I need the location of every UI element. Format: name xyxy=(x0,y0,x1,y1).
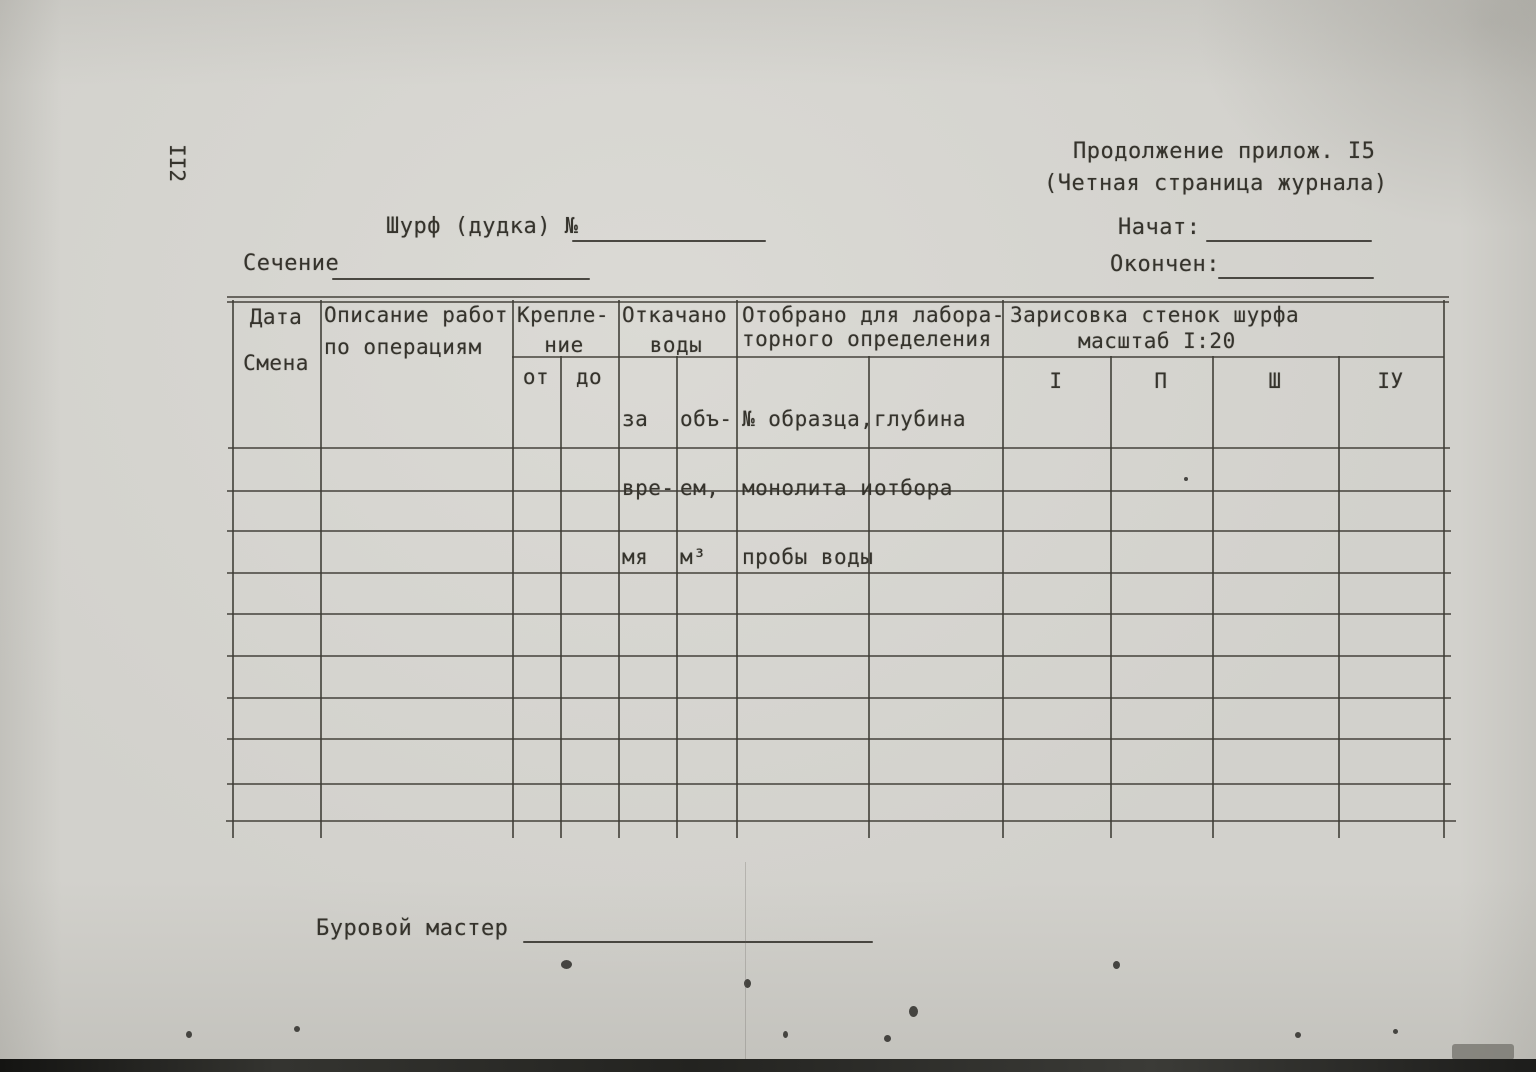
col-lab-depth-line2: отбора xyxy=(874,477,966,500)
table-gridline-col xyxy=(232,300,234,838)
paper-speck xyxy=(186,1031,192,1038)
table-gridline-col xyxy=(320,300,322,838)
col-lab-sample-line3: пробы воды xyxy=(742,546,873,569)
paper-speck xyxy=(884,1035,891,1042)
col-sketch-label-line1: Зарисовка стенок шурфа xyxy=(1010,304,1299,327)
started-label: Начат: xyxy=(1118,216,1200,239)
foreman-blank xyxy=(523,941,873,943)
scan-edge-blob xyxy=(1452,1044,1514,1060)
table-gridline-col xyxy=(618,300,620,838)
page: II2 Продолжение прилож. I5 (Четная стран… xyxy=(0,0,1536,1072)
col-support-to-label: до xyxy=(560,366,618,389)
journal-table: Дата Смена Описание работ по операциям К… xyxy=(230,296,1448,841)
col-support-from-label: от xyxy=(512,366,560,389)
col-shift-label: Смена xyxy=(232,352,320,375)
table-gridline-row xyxy=(226,820,1456,822)
foreman-label: Буровой мастер xyxy=(316,917,508,940)
col-support-label-line1: Крепле- xyxy=(517,304,609,327)
table-gridline-col xyxy=(1443,300,1445,838)
col-sketch-scale-label: масштаб I:20 xyxy=(1078,330,1236,353)
table-gridline-col xyxy=(1110,356,1112,838)
col-pumped-label-line2: воды xyxy=(618,334,734,357)
scan-bottom-edge xyxy=(0,1059,1536,1072)
finished-label: Окончен: xyxy=(1110,253,1220,276)
page-number: II2 xyxy=(167,133,189,193)
shurf-number-label: Шурф (дудка) № xyxy=(386,215,578,238)
col-description-label-line2: по операциям xyxy=(324,336,482,359)
col-lab-depth-line1: глубина xyxy=(874,408,966,431)
col-lab-sample-line1: № образца, xyxy=(742,408,873,431)
paper-speck xyxy=(783,1031,788,1038)
col-lab-depth-label: глубина отбора xyxy=(874,362,966,546)
col-lab-sample-label: № образца, монолита и пробы воды xyxy=(742,362,873,615)
section-blank xyxy=(332,278,590,280)
paper-speck xyxy=(1113,961,1120,969)
col-sketch-wall3-label: Ш xyxy=(1212,370,1338,393)
table-gridline-row xyxy=(227,697,1451,699)
paper-speck xyxy=(1393,1029,1398,1034)
paper-speck xyxy=(1295,1032,1301,1038)
col-date-label: Дата xyxy=(232,306,320,329)
table-gridline-row xyxy=(227,783,1451,785)
table-gridline-row xyxy=(227,738,1451,740)
table-gridline-col xyxy=(1212,356,1214,838)
col-sketch-wall1-label: I xyxy=(1002,370,1110,393)
col-support-label-line2: ние xyxy=(512,334,616,357)
paper-speck xyxy=(561,960,572,969)
section-label: Сечение xyxy=(243,252,339,275)
shurf-number-blank xyxy=(572,240,766,242)
table-gridline-top xyxy=(227,296,1449,298)
col-sketch-wall2-label: П xyxy=(1110,370,1212,393)
finished-blank xyxy=(1218,277,1374,279)
paper-speck xyxy=(909,1006,918,1017)
paper-crease xyxy=(745,862,746,1062)
table-gridline-col xyxy=(1338,356,1340,838)
col-pumped-label-line1: Откачано xyxy=(622,304,727,327)
table-gridline-col xyxy=(560,356,562,838)
col-lab-label-line2: торного определения xyxy=(742,328,992,351)
table-gridline-row xyxy=(227,655,1451,657)
continuation-note-line2: (Четная страница журнала) xyxy=(1044,172,1388,195)
col-sketch-wall4-label: IУ xyxy=(1338,370,1443,393)
started-blank xyxy=(1206,240,1372,242)
paper-speck xyxy=(294,1026,300,1032)
paper-speck xyxy=(1184,477,1188,481)
continuation-note-line1: Продолжение прилож. I5 xyxy=(1073,140,1375,163)
col-description-label-line1: Описание работ xyxy=(324,304,508,327)
col-lab-sample-line2: монолита и xyxy=(742,477,873,500)
col-lab-label-line1: Отобрано для лабора- xyxy=(742,304,1005,327)
